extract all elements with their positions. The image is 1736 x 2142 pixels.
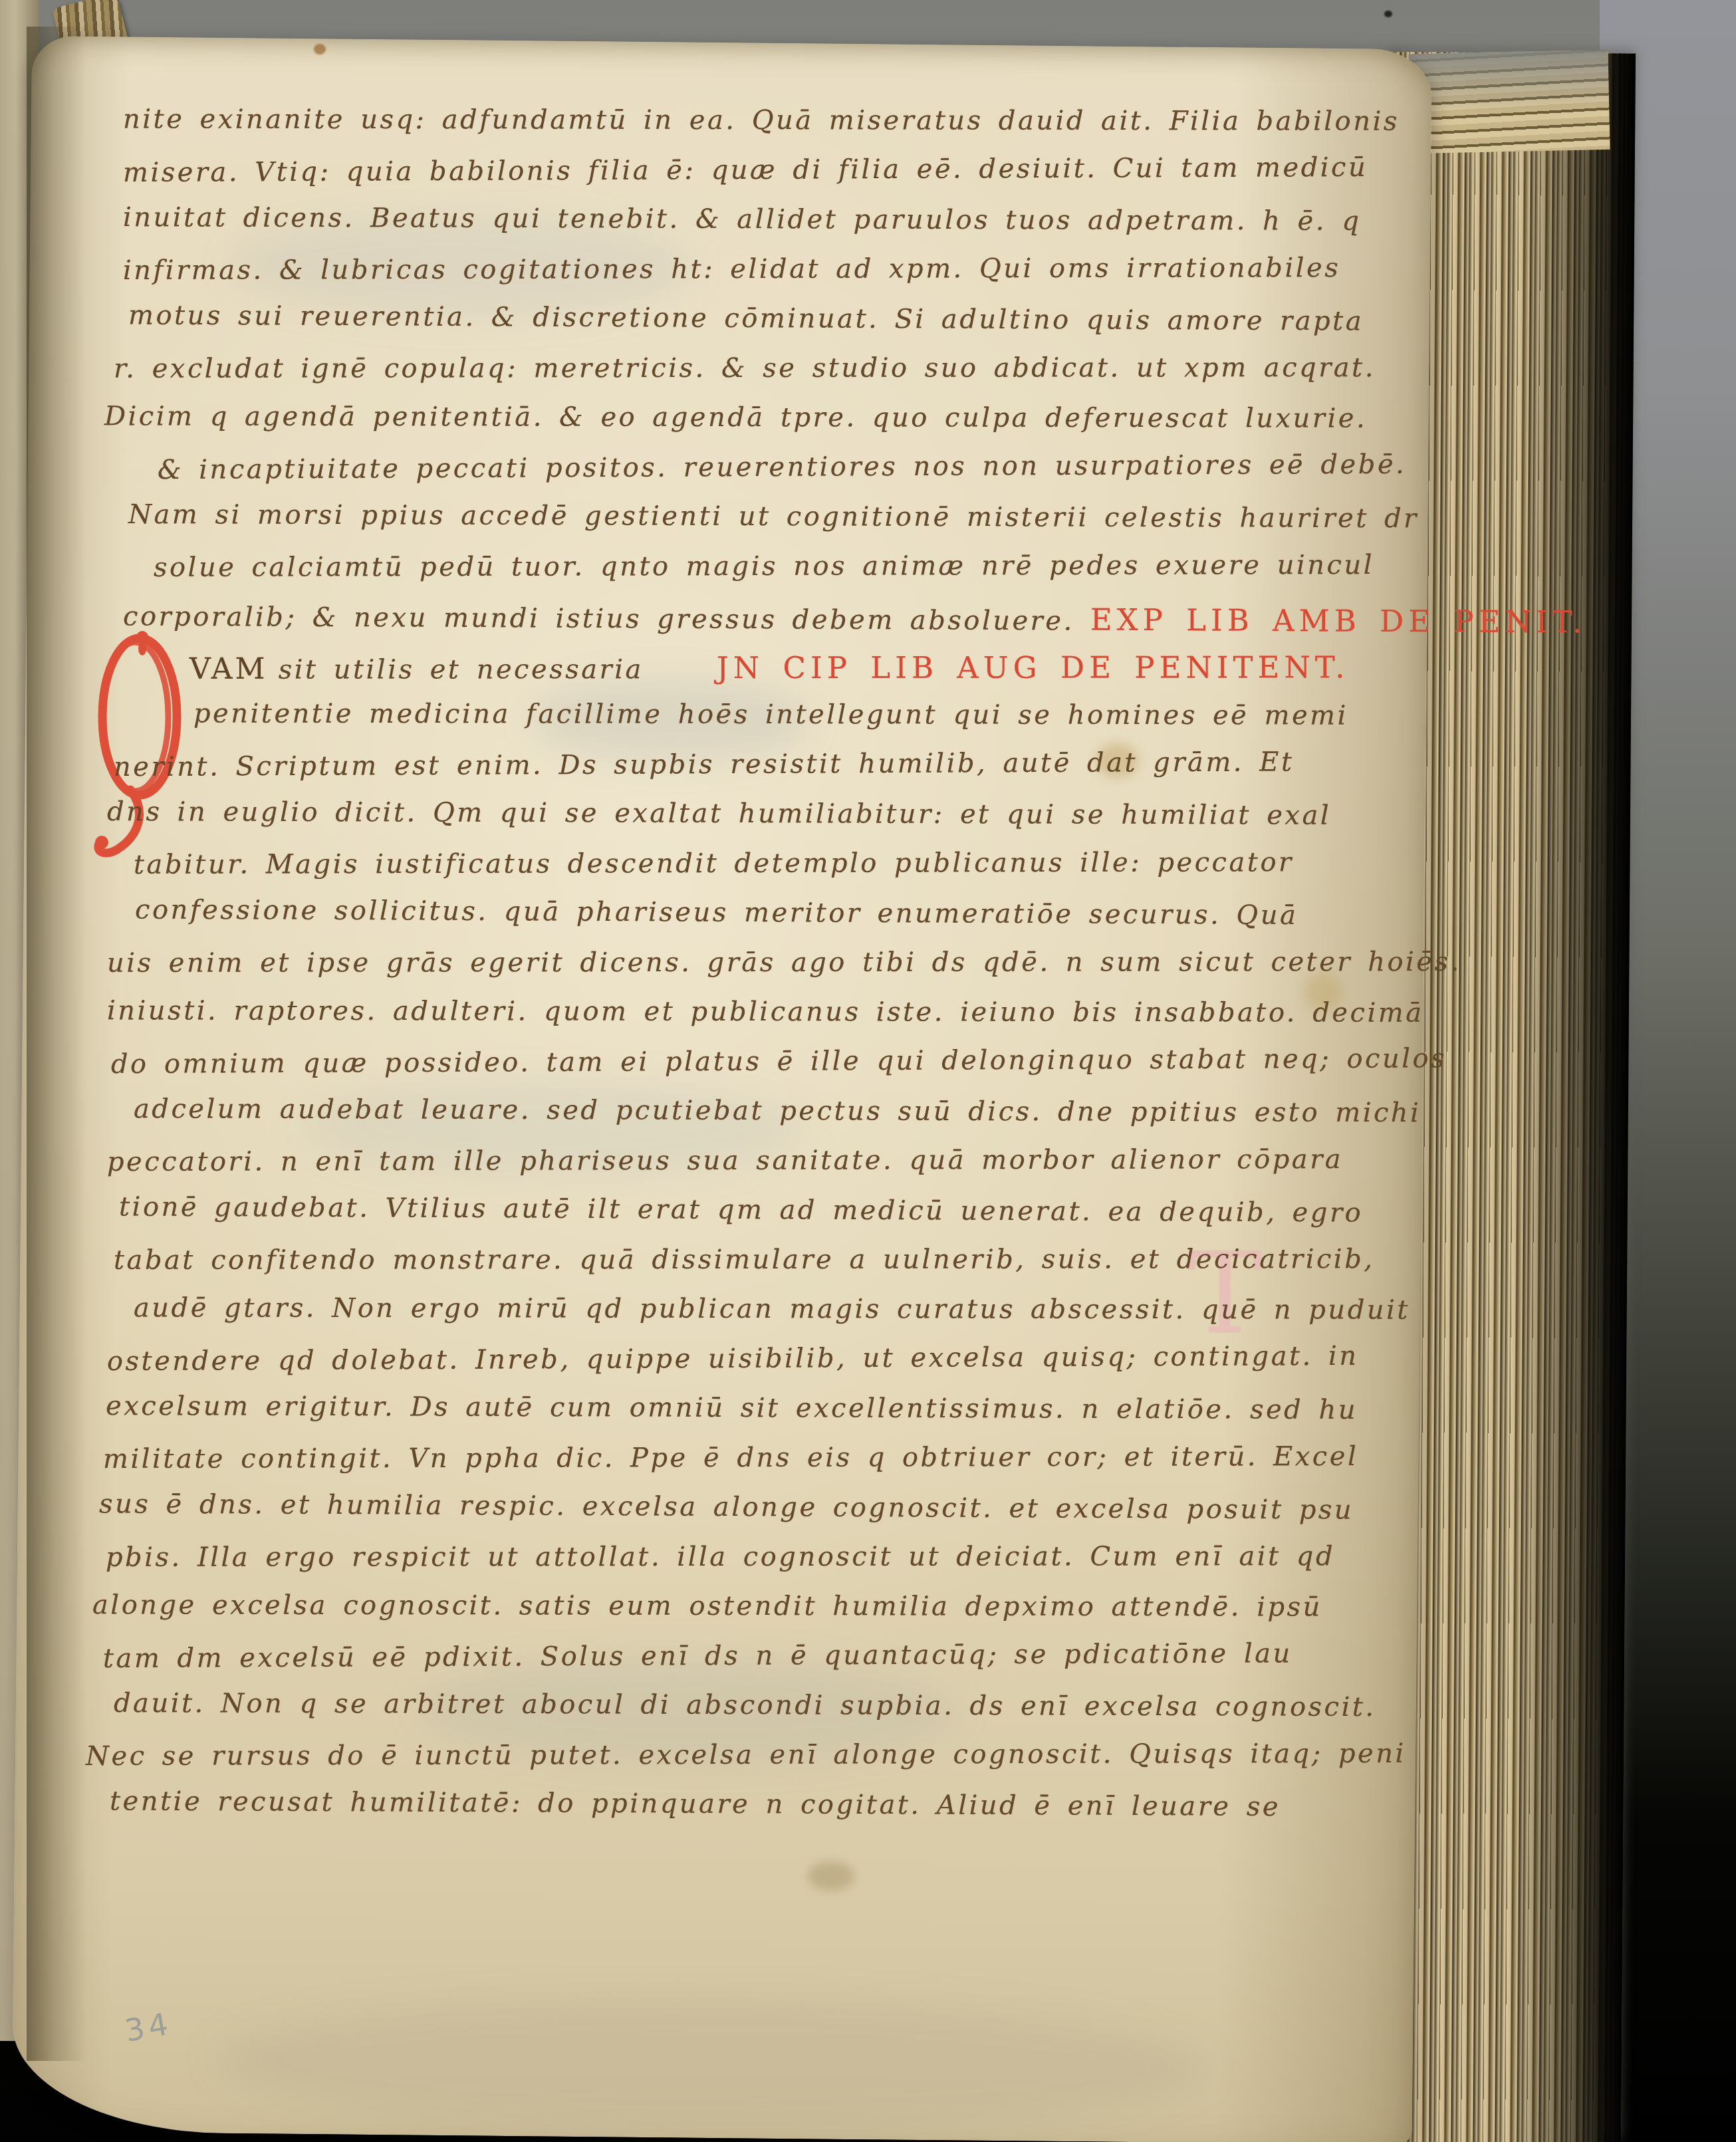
manuscript-line: adcelum audebat leuare. sed pcutiebat pe… <box>134 1094 1350 1147</box>
manuscript-text-segment: Nam si morsi ppius accedē gestienti ut c… <box>128 499 1419 534</box>
manuscript-line: penitentie medicina facillime hoēs intel… <box>193 698 1350 750</box>
dust-speck <box>1384 11 1392 17</box>
gutter-shadow-crease <box>27 27 86 2061</box>
manuscript-text-segment: & incaptiuitate peccati positos. reueren… <box>158 449 1406 485</box>
manuscript-text-segment: do omnium quæ possideo. tam ei platus ē … <box>111 1043 1447 1080</box>
manuscript-line: tabat confitendo monstrare. quā dissimul… <box>114 1244 1350 1294</box>
manuscript-text-segment: Dicim q agendā penitentiā. & eo agendā t… <box>104 401 1367 433</box>
manuscript-text-segment: inuitat dicens. Beatus qui tenebit. & al… <box>123 202 1361 237</box>
manuscript-line: confessione sollicitus. quā phariseus me… <box>135 895 1350 950</box>
manuscript-line: tionē gaudebat. Vtilius autē ilt erat qm… <box>119 1191 1350 1247</box>
manuscript-line: VAMsit utilis et necessariaJN CIP LIB AU… <box>189 650 1350 700</box>
manuscript-text-segment: iniusti. raptores. adulteri. quom et pub… <box>107 995 1424 1028</box>
manuscript-text-segment: pbis. Illa ergo respicit ut attollat. il… <box>106 1541 1335 1573</box>
manuscript-text-segment: dauit. Non q se arbitret abocul di absco… <box>114 1688 1376 1723</box>
manuscript-line: audē gtars. Non ergo mirū qd publican ma… <box>134 1292 1350 1344</box>
manuscript-text-segment: peccatori. n enī tam ille phariseus sua … <box>107 1144 1343 1177</box>
manuscript-text-segment: ostendere qd dolebat. Inreb, quippe uisi… <box>107 1340 1359 1376</box>
manuscript-line: Nam si morsi ppius accedē gestienti ut c… <box>128 499 1350 552</box>
manuscript-text-segment: dns in euglio dicit. Qm qui se exaltat h… <box>107 796 1331 831</box>
manuscript-text-segment: confessione sollicitus. quā phariseus me… <box>135 895 1298 931</box>
manuscript-line: & incaptiuitate peccati positos. reueren… <box>158 449 1350 504</box>
manuscript-text-segment: uis enim et ipse grās egerit dicens. grā… <box>107 947 1461 979</box>
manuscript-line: motus sui reuerentia. & discretione cōmi… <box>128 300 1350 356</box>
manuscript-line: dns in euglio dicit. Qm qui se exaltat h… <box>107 796 1350 850</box>
manuscript-line: do omnium quæ possideo. tam ei platus ē … <box>111 1043 1350 1098</box>
rubric-text: JN CIP LIB AUG DE PENITENT. <box>717 650 1350 685</box>
manuscript-line: iniusti. raptores. adulteri. quom et pub… <box>107 995 1350 1047</box>
manuscript-text-segment: sus ē dns. et humilia respic. excelsa al… <box>99 1488 1354 1525</box>
manuscript-line: r. excludat ignē copulaq: meretricis. & … <box>114 352 1350 403</box>
manuscript-text-segment: VAM <box>189 652 268 685</box>
manuscript-line: sus ē dns. et humilia respic. excelsa al… <box>99 1488 1350 1544</box>
manuscript-line: corporalib; & nexu mundi istius gressus … <box>123 597 1350 653</box>
manuscript-line: tam dm excelsū eē pdixit. Solus enī ds n… <box>103 1637 1350 1693</box>
manuscript-line: Nec se rursus do ē iunctū putet. excelsa… <box>86 1738 1350 1790</box>
manuscript-line: tabitur. Magis iustificatus descendit de… <box>134 847 1350 899</box>
manuscript-line: pbis. Illa ergo respicit ut attollat. il… <box>106 1541 1350 1592</box>
manuscript-text-segment: tam dm excelsū eē pdixit. Solus enī ds n… <box>103 1638 1293 1674</box>
manuscript-text-segment: r. excludat ignē copulaq: meretricis. & … <box>114 352 1376 384</box>
manuscript-line: excelsum erigitur. Ds autē cum omniū sit… <box>106 1391 1350 1444</box>
manuscript-line: ostendere qd dolebat. Inreb, quippe uisi… <box>107 1340 1350 1395</box>
parchment-stain <box>808 1861 854 1891</box>
manuscript-text-segment: penitentie medicina facillime hoēs intel… <box>193 698 1348 731</box>
manuscript-line: solue calciamtū pedū tuor. qnto magis no… <box>154 550 1350 602</box>
manuscript-text-segment: Nec se rursus do ē iunctū putet. excelsa… <box>86 1738 1406 1771</box>
manuscript-line: misera. Vtiq: quia babilonis filia ē: qu… <box>123 152 1350 207</box>
manuscript-line: militate contingit. Vn ppha dic. Ppe ē d… <box>103 1441 1350 1493</box>
manuscript-line: nite exinanite usq: adfundamtū in ea. Qu… <box>123 104 1350 156</box>
manuscript-text-segment: adcelum audebat leuare. sed pcutiebat pe… <box>134 1094 1422 1128</box>
manuscript-text-segment: tabat confitendo monstrare. quā dissimul… <box>114 1244 1375 1276</box>
manuscript-text-segment: tentie recusat humilitatē: do ppinquare … <box>110 1786 1281 1822</box>
manuscript-text-segment: sit utilis et necessaria <box>279 654 644 685</box>
manuscript-text-segment: infirmas. & lubricas cogitationes ht: el… <box>123 253 1340 286</box>
rubric-text: EXP LIB AMB DE PENIT. <box>1090 602 1587 640</box>
manuscript-text-segment: nerint. Scriptum est enim. Ds supbis res… <box>114 747 1295 782</box>
manuscript-line: peccatori. n enī tam ille phariseus sua … <box>107 1144 1350 1196</box>
manuscript-text-segment: tionē gaudebat. Vtilius autē ilt erat qm… <box>119 1191 1363 1228</box>
manuscript-line: Dicim q agendā penitentiā. & eo agendā t… <box>104 401 1350 453</box>
manuscript-text-segment: motus sui reuerentia. & discretione cōmi… <box>128 300 1364 337</box>
manuscript-text-segment: audē gtars. Non ergo mirū qd publican ma… <box>134 1292 1410 1325</box>
manuscript-text-segment: nite exinanite usq: adfundamtū in ea. Qu… <box>123 104 1400 136</box>
ink-spot-stain <box>314 44 326 55</box>
manuscript-text-segment: excelsum erigitur. Ds autē cum omniū sit… <box>106 1391 1358 1425</box>
manuscript-line: uis enim et ipse grās egerit dicens. grā… <box>107 947 1350 997</box>
manuscript-text-segment: militate contingit. Vn ppha dic. Ppe ē d… <box>103 1441 1358 1475</box>
manuscript-line: dauit. Non q se arbitret abocul di absco… <box>114 1688 1350 1741</box>
manuscript-text-block: nite exinanite usq: adfundamtū in ea. Qu… <box>123 105 1350 1839</box>
book-fore-edge-top-corner <box>1408 50 1610 154</box>
manuscript-line: nerint. Scriptum est enim. Ds supbis res… <box>114 746 1350 801</box>
scanned-manuscript-photo: T nite exinanite usq: adfundamtū in ea. … <box>0 0 1736 2142</box>
manuscript-line: alonge excelsa cognoscit. satis eum oste… <box>92 1590 1350 1641</box>
manuscript-line: tentie recusat humilitatē: do ppinquare … <box>110 1786 1350 1842</box>
manuscript-text-segment: alonge excelsa cognoscit. satis eum oste… <box>92 1590 1322 1622</box>
manuscript-text-segment: misera. Vtiq: quia babilonis filia ē: qu… <box>123 152 1368 187</box>
show-through-blotch <box>211 1992 1210 2135</box>
manuscript-line: infirmas. & lubricas cogitationes ht: el… <box>123 253 1350 304</box>
manuscript-text-segment: tabitur. Magis iustificatus descendit de… <box>134 847 1294 880</box>
manuscript-line: inuitat dicens. Beatus qui tenebit. & al… <box>123 202 1350 255</box>
manuscript-text-segment: corporalib; & nexu mundi istius gressus … <box>123 601 1074 636</box>
manuscript-text-segment: solue calciamtū pedū tuor. qnto magis no… <box>154 550 1374 583</box>
